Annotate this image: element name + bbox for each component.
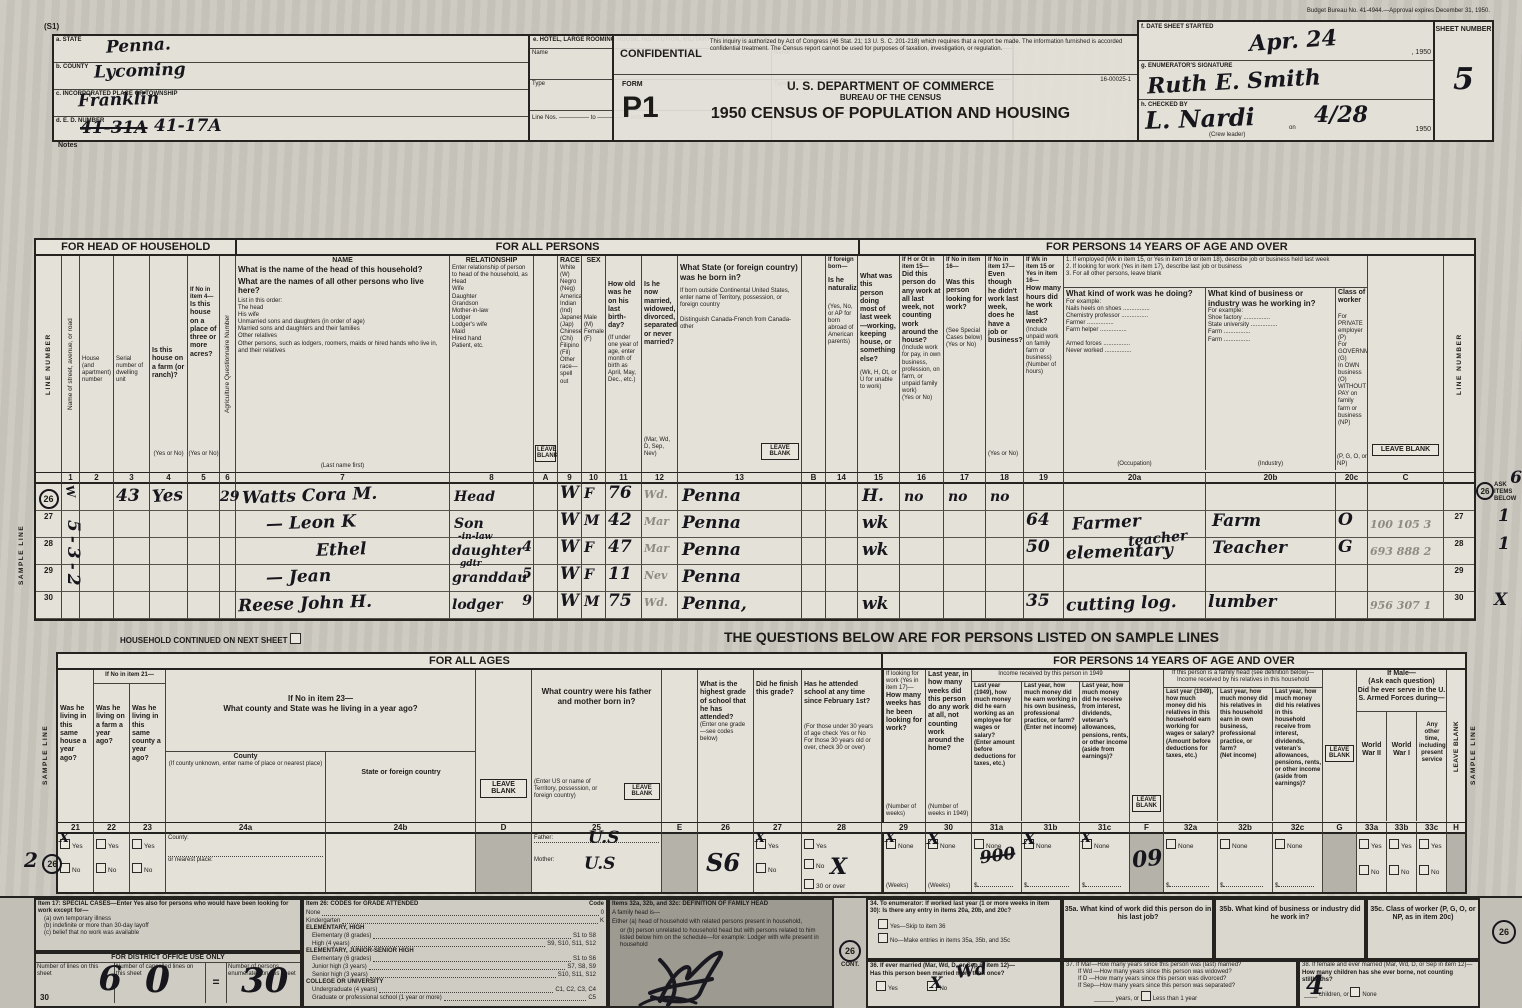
item29-none-mark: X	[885, 831, 895, 846]
right-margin-mark-30: X	[1494, 592, 1507, 609]
col-item30: Last year, in how many weeks did this pe…	[926, 670, 972, 822]
household-continued-label: HOUSEHOLD CONTINUED ON NEXT SHEET	[120, 633, 303, 646]
section-all-persons: FOR ALL PERSONS	[237, 240, 859, 256]
person-row-30: 30 Reese John H. lodger 9 W M 75 Wd. Pen…	[36, 592, 1474, 619]
person-row-29: 29 — Jean gdtr granddau 5 W F 11 Nev Pen…	[36, 565, 1474, 592]
confidential-label: CONFIDENTIAL	[614, 36, 706, 74]
checked-year: 1950	[1415, 126, 1431, 134]
col-item27: Did he finish this grade?	[754, 670, 802, 822]
line-30: 30	[44, 593, 53, 602]
item32a-answer: None $	[1164, 834, 1218, 892]
family-head-definition-box: Items 32a, 32b, and 32c: DEFINITION OF F…	[608, 898, 834, 1008]
district-office-box: FOR DISTRICT OFFICE USE ONLY Number of l…	[34, 952, 302, 1008]
cont-marker: 26 CONT.	[836, 940, 864, 969]
sex: F	[584, 486, 594, 502]
margin-handwritten-2: 2	[24, 848, 38, 872]
relationship: gdtr granddau 5	[450, 565, 534, 592]
person-row-26: 26 W 43 Yes 29 Watts Cora M. Head W F 76…	[36, 484, 1474, 511]
district-hw-0: 0	[145, 959, 170, 1001]
col-item33c: Any other time, including present servic…	[1417, 712, 1447, 821]
leave-blank-d-cell	[476, 834, 532, 892]
state-value: Penna.	[106, 36, 172, 56]
item36-box: 36. If ever married (Mar, Wd, D, or Sep …	[866, 960, 1062, 1008]
grade-attended-value: S6	[706, 848, 740, 877]
marital: Wd.	[644, 488, 668, 501]
col-item20a: What kind of work was he doing? For exam…	[1064, 288, 1206, 470]
date-year: , 1950	[1412, 49, 1431, 57]
col-item28: Has he attended school at any time since…	[802, 670, 882, 822]
item33a-answer: Yes No	[1357, 834, 1387, 892]
birthplace: Penna	[682, 488, 741, 505]
sheet-number-box: SHEET NUMBER 5	[1433, 20, 1494, 142]
leave-blank-b-box: LEAVE BLANK	[761, 443, 799, 460]
class-of-worker: O	[1338, 510, 1353, 530]
person-name: Reese John H.	[238, 594, 373, 616]
leave-blank-h-cell	[1447, 834, 1465, 892]
col-item24a: County (If county unknown, enter name of…	[166, 752, 326, 822]
item28-over30-mark: X	[830, 854, 847, 880]
sample-table: FOR ALL AGES FOR PERSONS 14 YEARS OF AGE…	[56, 652, 1467, 894]
street-margin-mark: W	[64, 484, 77, 498]
census-form-p1-sheet: (S1) a. STATE Penna. b. COUNTY Lycoming …	[0, 0, 1522, 1008]
right-margin-mark-27: 1	[1498, 508, 1510, 525]
col-item32c: Last year, how much money did his relati…	[1273, 688, 1323, 821]
father-country: Father: U.S	[534, 835, 659, 843]
col-birthplace: What State (or foreign country) was he b…	[678, 256, 802, 472]
item26-answer: S6	[698, 834, 754, 892]
col-leave-blank-h: LEAVE BLANK	[1447, 670, 1465, 822]
confidential-text: This inquiry is authorized by Act of Con…	[706, 36, 1137, 74]
col-item20b: What kind of business or industry was he…	[1206, 288, 1336, 470]
col-race: RACE White (W) Negro (Neg) American Indi…	[558, 256, 582, 472]
sample-lines-banner: THE QUESTIONS BELOW ARE FOR PERSONS LIST…	[724, 629, 1219, 645]
col-serial: Serial number of dwell­ing unit	[114, 256, 150, 472]
col-leave-blank-c: LEAVE BLANK	[1368, 256, 1444, 472]
form-code: 16-00025-1	[1100, 77, 1131, 84]
item30-none-mark: X	[927, 829, 939, 848]
col-item21: Was he living in this same house a year …	[58, 670, 94, 822]
sample-line-26-circle: 26	[42, 854, 62, 874]
item28-answer: Yes No 30 or over X	[802, 834, 882, 892]
item34-box: 34. To enumerator: If worked last year (…	[866, 898, 1062, 960]
street-column-handwriting: 5-3-2	[64, 520, 81, 590]
item31a-crossed-value: 900	[979, 846, 1017, 868]
leave-blank-e-box: LEAVE BLANK	[624, 783, 660, 800]
special-cases-box: Item 17: SPECIAL CASES—Enter Yes also fo…	[34, 898, 302, 952]
item31a-answer: None 900 $	[972, 834, 1022, 892]
col-group-22-23: If No in item 21— Was he living on a far…	[94, 670, 166, 822]
item31c-answer: NoneX $	[1080, 834, 1130, 892]
item38-children-count: 4	[1306, 971, 1324, 1002]
person-name: — Jean	[266, 568, 332, 587]
continued-band: HOUSEHOLD CONTINUED ON NEXT SHEET THE QU…	[34, 625, 1472, 652]
item23-answer: Yes No	[130, 834, 166, 892]
col-leave-blank-f: LEAVE BLANK	[1130, 670, 1164, 822]
leave-blank-e-cell	[662, 834, 698, 892]
person-name: — Leon K	[266, 513, 357, 533]
date-started-label: f. DATE SHEET STARTED	[1141, 24, 1213, 31]
date-started-value: Apr. 24	[1248, 25, 1338, 57]
person-row-27: 27 — Leon K Son W M 42 Mar Penna wk 64 F…	[36, 511, 1474, 538]
col-line-number: LINE NUMBER	[36, 256, 62, 472]
leave-blank-f-cell: 09	[1130, 834, 1164, 892]
item21-answer: YesX No	[58, 834, 94, 892]
census-title: 1950 CENSUS OF POPULATION AND HOUSING	[704, 105, 1077, 123]
item37-box: 37. If Mar—How many years since this per…	[1062, 960, 1298, 1008]
leave-blank-f-code: 09	[1131, 844, 1164, 873]
col-leave-blank-e	[662, 670, 698, 822]
item17: no	[948, 490, 968, 504]
ask-items-below-box: 26 ASK ITEMS BELOW 6	[1476, 482, 1520, 503]
notes-label: Notes	[58, 142, 77, 150]
col-item15: What was this person doing most of last …	[858, 256, 900, 472]
checked-by-signature: L. Nardi	[1145, 102, 1256, 135]
col-leave-blank-a: LEAVE BLANK	[534, 256, 558, 472]
section-persons-14: FOR PERSONS 14 YEARS OF AGE AND OVER	[860, 240, 1474, 256]
sample-answer-row: YesX No Yes No Yes No County: or nearest…	[58, 834, 1465, 892]
occupation: Farmer	[1072, 513, 1142, 534]
item29-answer: NoneX (Weeks)	[882, 834, 926, 892]
person-name: Ethel	[316, 541, 367, 560]
industry: lumber	[1208, 594, 1276, 611]
item33b-answer: Yes No	[1387, 834, 1417, 892]
budget-bureau-line: Budget Bureau No. 41-4944.—Approval expi…	[1140, 8, 1490, 15]
col-item31b: Last year, how much money did he earn wo…	[1022, 682, 1080, 821]
col-street: Name of street, avenue, or road	[62, 256, 80, 472]
col-leave-blank-d: LEAVE BLANK	[476, 670, 532, 822]
item27-answer: YesX No	[754, 834, 802, 892]
ask-box-handwritten-6: 6	[1510, 470, 1522, 487]
sample-line-label-left: SAMPLE LINE	[18, 490, 25, 620]
on-label: on	[1289, 125, 1296, 132]
relationship: lodger 9	[450, 592, 534, 619]
item33c-answer: Yes No	[1417, 834, 1447, 892]
leave-blank-g-cell	[1323, 834, 1357, 892]
serial-number: 43	[116, 488, 140, 505]
col-item20c: Class of worker For PRIVATE employer (P)…	[1336, 288, 1368, 470]
item36-no-mark: X	[930, 974, 942, 993]
bureau-title: BUREAU OF THE CENSUS	[704, 93, 1077, 103]
person-row-28: 28 Ethel -in-law daughter 4 W F 47 Mar P…	[36, 538, 1474, 565]
col-group-24: If No in item 23— What county and State …	[166, 670, 476, 822]
col-item22: Was he living on a farm a year ago?	[94, 684, 130, 822]
col-marital: Is he now married, widowed, divorced, se…	[642, 256, 678, 472]
item25-answer: Father: U.S Mother: U.S	[532, 834, 662, 892]
item16: no	[904, 490, 924, 504]
line-26-circled: 26	[39, 489, 59, 509]
col-relationship: RELATIONSHIP Enter relationship of perso…	[450, 256, 534, 472]
col-item31a: Last year (1949), how much money did he …	[972, 682, 1022, 821]
sample-row-margin: 2 26	[24, 848, 62, 874]
col-item16: If H or Ot in item 15— Did this person d…	[900, 256, 944, 472]
col-item33b: World War I	[1387, 712, 1417, 821]
item35c-box: 35c. Class of worker (P, G, O, or NP, as…	[1366, 898, 1480, 960]
item31c-none-mark: X	[1081, 831, 1091, 846]
col-group-20: 1. If employed (Wk in item 15, or Yes in…	[1064, 256, 1368, 472]
form-title-block: CONFIDENTIAL This inquiry is authorized …	[612, 34, 1139, 142]
right-margin-mark-28: 1	[1498, 536, 1510, 553]
sample-line-26-marker: 26	[1476, 482, 1494, 500]
col-acres: If No in item 4— Is this house on a plac…	[188, 256, 220, 472]
office-code: 100 105 3	[1370, 519, 1431, 530]
item22-answer: Yes No	[94, 834, 130, 892]
relationship: Head	[454, 490, 495, 504]
item18: no	[990, 490, 1010, 504]
continued-checkbox	[290, 633, 301, 644]
county-value: Lycoming	[94, 61, 186, 81]
race: W	[560, 483, 579, 503]
occupation: elementary teacher	[1064, 538, 1206, 565]
section-sample-persons-14: FOR PERSONS 14 YEARS OF AGE AND OVER	[883, 654, 1465, 670]
col-item18: If No in item 17— Even though he didn't …	[986, 256, 1024, 472]
section-head-of-household: FOR HEAD OF HOUSEHOLD	[36, 240, 237, 256]
mother-country: Mother: U.S	[534, 857, 659, 864]
col-leave-blank-b	[802, 256, 826, 472]
crew-leader-label: (Crew leader)	[1209, 132, 1245, 139]
person-name: Watts Cora M.	[242, 486, 378, 508]
identification-box: a. STATE Penna. b. COUNTY Lycoming c. IN…	[52, 34, 532, 142]
item35a-box: 35a. What kind of work did this person d…	[1062, 898, 1214, 960]
col-item17: If No in item 16— Was this person lookin…	[944, 256, 986, 472]
ed-number-value: 41-17A	[154, 118, 222, 135]
footer-end-circle: 26	[1492, 920, 1516, 944]
dept-title: U. S. DEPARTMENT OF COMMERCE	[704, 79, 1077, 93]
col-item32a: Last year (1949), how much money did his…	[1164, 688, 1218, 821]
col-item31c: Last year, how much money did he receive…	[1080, 682, 1130, 821]
item32b-answer: None $	[1218, 834, 1273, 892]
place-value: Franklin	[78, 91, 160, 111]
col-line-number-right: LINE NUMBER	[1444, 256, 1474, 472]
col-agri-number: Agriculture Questionnaire Number	[220, 256, 236, 472]
col-farm: Is this house on a farm (or ranch)? (Yes…	[150, 256, 188, 472]
col-item19: If Wk in item 15 or Yes in item 16— How …	[1024, 256, 1064, 472]
county-label: b. COUNTY	[56, 64, 88, 71]
industry: Farm	[1212, 513, 1261, 530]
item15: H.	[862, 488, 884, 505]
col-leave-blank-g: LEAVE BLANK	[1323, 670, 1357, 822]
sample-line-label-bottom-left: SAMPLE LINE	[42, 700, 49, 810]
col-item29: If looking for work (Yes in item 17)— Ho…	[882, 670, 926, 822]
state-label: a. STATE	[56, 37, 81, 44]
form-label: FORM	[622, 81, 643, 89]
col-naturalized: If foreign born— Is he naturalized? (Yes…	[826, 256, 858, 472]
col-item25: What country were his father and mother …	[532, 670, 662, 822]
ed-number-cancelled: 41-31A	[80, 120, 148, 137]
item21-yes-mark: X	[59, 831, 69, 846]
sheet-number-value: 5	[1435, 62, 1492, 97]
farm-answer: Yes	[151, 487, 183, 506]
col-group-32: If this person is a family head (see def…	[1164, 670, 1323, 822]
hours-worked: 64	[1026, 510, 1050, 530]
item30-answer: NoneX (Weeks)	[926, 834, 972, 892]
sample-line-label-bottom-right: SAMPLE LINE	[1470, 700, 1477, 810]
item20-note: 1. If employed (Wk in item 15, or Yes in…	[1064, 256, 1367, 288]
admin-box: f. DATE SHEET STARTED Apr. 24 , 1950 g. …	[1137, 20, 1437, 142]
line-28: 28	[44, 539, 53, 548]
col-item26: What is the highest grade of school that…	[698, 670, 754, 822]
item31b-none-mark: X	[1023, 829, 1035, 848]
col-item33a: World War II	[1357, 712, 1387, 821]
col-sex: SEX Male (M) Female (F)	[582, 256, 606, 472]
grade-codes-box: Item 26: CODES for GRADE ATTENDEDCode No…	[302, 898, 608, 1008]
relationship: Son	[454, 517, 484, 531]
item27-yes-mark: X	[755, 831, 765, 846]
main-table: FOR HEAD OF HOUSEHOLD FOR ALL PERSONS FO…	[34, 238, 1476, 621]
col-item24b: State or foreign country	[326, 752, 476, 822]
item35b-box: 35b. What kind of business or industry d…	[1214, 898, 1366, 960]
line-29: 29	[44, 566, 53, 575]
col-item32b: Last year, how much money did his relati…	[1218, 688, 1273, 821]
checked-date: 4/28	[1314, 102, 1368, 128]
col-group-33: If Male— (Ask each question) Did he ever…	[1357, 670, 1447, 822]
item32c-answer: None $	[1273, 834, 1323, 892]
section-for-all-ages: FOR ALL AGES	[58, 654, 883, 670]
col-house: House (and apart­ment) number	[80, 256, 114, 472]
line-27: 27	[44, 512, 53, 521]
col-name: NAME What is the name of the head of thi…	[236, 256, 450, 472]
form-number: P1	[622, 91, 659, 125]
sheet-number-label: SHEET NUMBER	[1435, 22, 1492, 34]
occupation: cutting log.	[1066, 594, 1177, 615]
item24b-answer	[326, 834, 476, 892]
item24a-answer: County: or nearest place:	[166, 834, 326, 892]
col-group-31: Income received by this person in 1949 L…	[972, 670, 1130, 822]
district-hw-30: 30	[241, 961, 288, 1001]
column-number-row: 1 23 45 67 8A 910 1112 13B 1415 1617 181…	[36, 472, 1474, 484]
corner-code: (S1)	[44, 22, 59, 32]
item38-box: 38. If female and ever married (Mar, Wd,…	[1298, 960, 1480, 1008]
age: 76	[608, 483, 632, 503]
col-item23: Was he living in this same county a year…	[130, 684, 166, 822]
item31b-answer: NoneX $	[1022, 834, 1080, 892]
col-age: How old was he on his last birth­day? (I…	[606, 256, 642, 472]
